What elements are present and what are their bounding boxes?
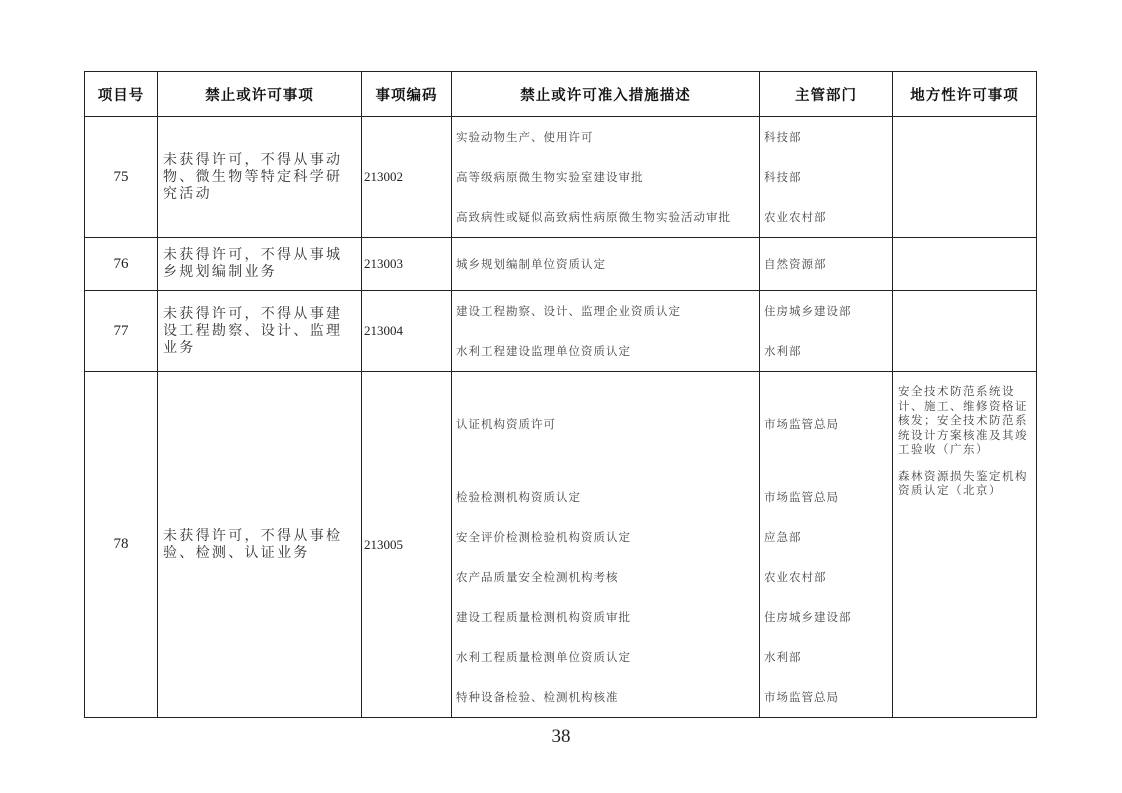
header-code: 事项编码: [362, 72, 452, 117]
measure-desc: 特种设备检验、检测机构核准: [452, 677, 759, 717]
measure-dept: 自然资源部: [760, 244, 892, 284]
measure-dept: 农业农村部: [760, 197, 892, 237]
local-permit: 安全技术防范系统设计、施工、维修资格证核发；安全技术防范系统设计方案核准及其竣工…: [898, 384, 1032, 457]
row-item: 未获得许可，不得从事动物、微生物等特定科学研究活动: [158, 117, 362, 238]
table-row: 76 未获得许可，不得从事城乡规划编制业务 213003 城乡规划编制单位资质认…: [85, 238, 1037, 291]
measure-desc: 高等级病原微生物实验室建设审批: [452, 157, 759, 197]
measure-desc: 建设工程质量检测机构资质审批: [452, 597, 759, 637]
measure-desc: 城乡规划编制单位资质认定: [452, 244, 759, 284]
measure-desc: 检验检测机构资质认定: [452, 477, 759, 517]
row-id: 76: [85, 238, 158, 291]
page-number: 38: [0, 726, 1122, 748]
table-row: 75 未获得许可，不得从事动物、微生物等特定科学研究活动 213002 实验动物…: [85, 117, 1037, 238]
measure-desc: 高致病性或疑似高致病性病原微生物实验活动审批: [452, 197, 759, 237]
measure-desc: 建设工程勘察、设计、监理企业资质认定: [452, 291, 759, 331]
table-header-row: 项目号 禁止或许可事项 事项编码 禁止或许可准入措施描述 主管部门 地方性许可事…: [85, 72, 1037, 117]
measure-dept: 科技部: [760, 117, 892, 157]
table-row: 77 未获得许可，不得从事建设工程勘察、设计、监理业务 213004 建设工程勘…: [85, 291, 1037, 372]
row-measures: 认证机构资质许可 检验检测机构资质认定 安全评价检测检验机构资质认定 农产品质量…: [452, 372, 760, 718]
measure-dept: 农业农村部: [760, 557, 892, 597]
row-local: [893, 291, 1037, 372]
row-code: 213005: [362, 372, 452, 718]
row-local: [893, 117, 1037, 238]
row-code: 213004: [362, 291, 452, 372]
measure-desc: 实验动物生产、使用许可: [452, 117, 759, 157]
row-code: 213002: [362, 117, 452, 238]
permit-table: 项目号 禁止或许可事项 事项编码 禁止或许可准入措施描述 主管部门 地方性许可事…: [84, 71, 1037, 718]
row-item: 未获得许可，不得从事城乡规划编制业务: [158, 238, 362, 291]
row-local: 安全技术防范系统设计、施工、维修资格证核发；安全技术防范系统设计方案核准及其竣工…: [893, 372, 1037, 718]
header-dept: 主管部门: [760, 72, 893, 117]
row-id: 78: [85, 372, 158, 718]
row-depts: 住房城乡建设部 水利部: [760, 291, 893, 372]
row-id: 75: [85, 117, 158, 238]
row-depts: 市场监管总局 市场监管总局 应急部 农业农村部 住房城乡建设部 水利部 市场监管…: [760, 372, 893, 718]
row-measures: 实验动物生产、使用许可 高等级病原微生物实验室建设审批 高致病性或疑似高致病性病…: [452, 117, 760, 238]
header-local: 地方性许可事项: [893, 72, 1037, 117]
table-row: 78 未获得许可，不得从事检验、检测、认证业务 213005 认证机构资质许可 …: [85, 372, 1037, 718]
row-code: 213003: [362, 238, 452, 291]
measure-dept: 市场监管总局: [760, 477, 892, 517]
measure-dept: 应急部: [760, 517, 892, 557]
measure-desc: 水利工程建设监理单位资质认定: [452, 331, 759, 371]
row-local: [893, 238, 1037, 291]
header-measure: 禁止或许可准入措施描述: [452, 72, 760, 117]
row-item: 未获得许可，不得从事建设工程勘察、设计、监理业务: [158, 291, 362, 372]
measure-desc: 农产品质量安全检测机构考核: [452, 557, 759, 597]
measure-dept: 水利部: [760, 637, 892, 677]
measure-desc: 认证机构资质许可: [452, 372, 759, 477]
row-measures: 城乡规划编制单位资质认定: [452, 238, 760, 291]
header-item: 禁止或许可事项: [158, 72, 362, 117]
measure-dept: 市场监管总局: [760, 677, 892, 717]
measure-dept: 住房城乡建设部: [760, 597, 892, 637]
measure-dept: 科技部: [760, 157, 892, 197]
row-depts: 自然资源部: [760, 238, 893, 291]
measure-dept: 市场监管总局: [760, 372, 892, 477]
header-id: 项目号: [85, 72, 158, 117]
measure-desc: 水利工程质量检测单位资质认定: [452, 637, 759, 677]
row-depts: 科技部 科技部 农业农村部: [760, 117, 893, 238]
row-item: 未获得许可，不得从事检验、检测、认证业务: [158, 372, 362, 718]
measure-dept: 水利部: [760, 331, 892, 371]
local-permit: 森林资源损失鉴定机构资质认定（北京）: [898, 469, 1032, 498]
row-id: 77: [85, 291, 158, 372]
measure-desc: 安全评价检测检验机构资质认定: [452, 517, 759, 557]
measure-dept: 住房城乡建设部: [760, 291, 892, 331]
row-measures: 建设工程勘察、设计、监理企业资质认定 水利工程建设监理单位资质认定: [452, 291, 760, 372]
